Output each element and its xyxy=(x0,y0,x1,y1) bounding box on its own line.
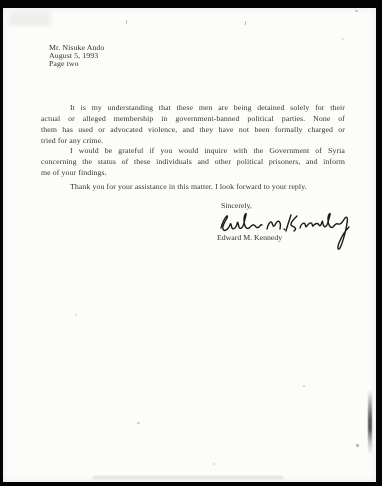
paragraph-detained: It is my understanding that these men ar… xyxy=(41,102,345,146)
letter-header: Mr. Nisuke Ando August 5, 1993 Page two xyxy=(49,44,104,68)
scanned-letter-frame: Mr. Nisuke Ando August 5, 1993 Page two … xyxy=(0,0,382,486)
signature-stroke-middle-initial xyxy=(267,221,285,229)
typed-signature-name: Edward M. Kennedy xyxy=(217,232,282,243)
page-number-label: Page two xyxy=(49,60,104,68)
scan-speck xyxy=(342,38,344,40)
scan-speck xyxy=(303,385,305,387)
scan-speck xyxy=(75,314,77,316)
paragraph-inquiry: I would be grateful if you would inquire… xyxy=(41,145,345,178)
paragraph-thanks: Thank you for your assistance in this ma… xyxy=(41,181,345,192)
scan-bottom-edge-shadow xyxy=(93,476,283,479)
scan-blotch xyxy=(9,12,51,26)
scan-speck xyxy=(137,422,140,424)
signature-stroke-edward xyxy=(221,214,262,231)
scan-speck xyxy=(355,10,358,12)
scan-speck xyxy=(213,463,215,465)
text-line: It is my understanding that these men ar… xyxy=(41,102,345,113)
text-line: Thank you for your assistance in this ma… xyxy=(41,181,345,192)
letter-page: Mr. Nisuke Ando August 5, 1993 Page two … xyxy=(3,8,376,482)
scan-smudge-right-edge xyxy=(368,390,372,454)
scan-speck xyxy=(245,21,247,25)
text-line: actual or alleged membership in governme… xyxy=(41,113,345,124)
text-line: them has used or advocated violence, and… xyxy=(41,124,345,135)
valediction: Sincerely, xyxy=(221,200,252,211)
signature-stroke-kennedy xyxy=(286,214,349,250)
text-line: me of your findings. xyxy=(41,167,345,178)
scan-speck xyxy=(356,444,359,447)
text-line: concerning the status of these individua… xyxy=(41,156,345,167)
scan-speck xyxy=(126,20,128,24)
text-line: I would be grateful if you would inquire… xyxy=(41,145,345,156)
